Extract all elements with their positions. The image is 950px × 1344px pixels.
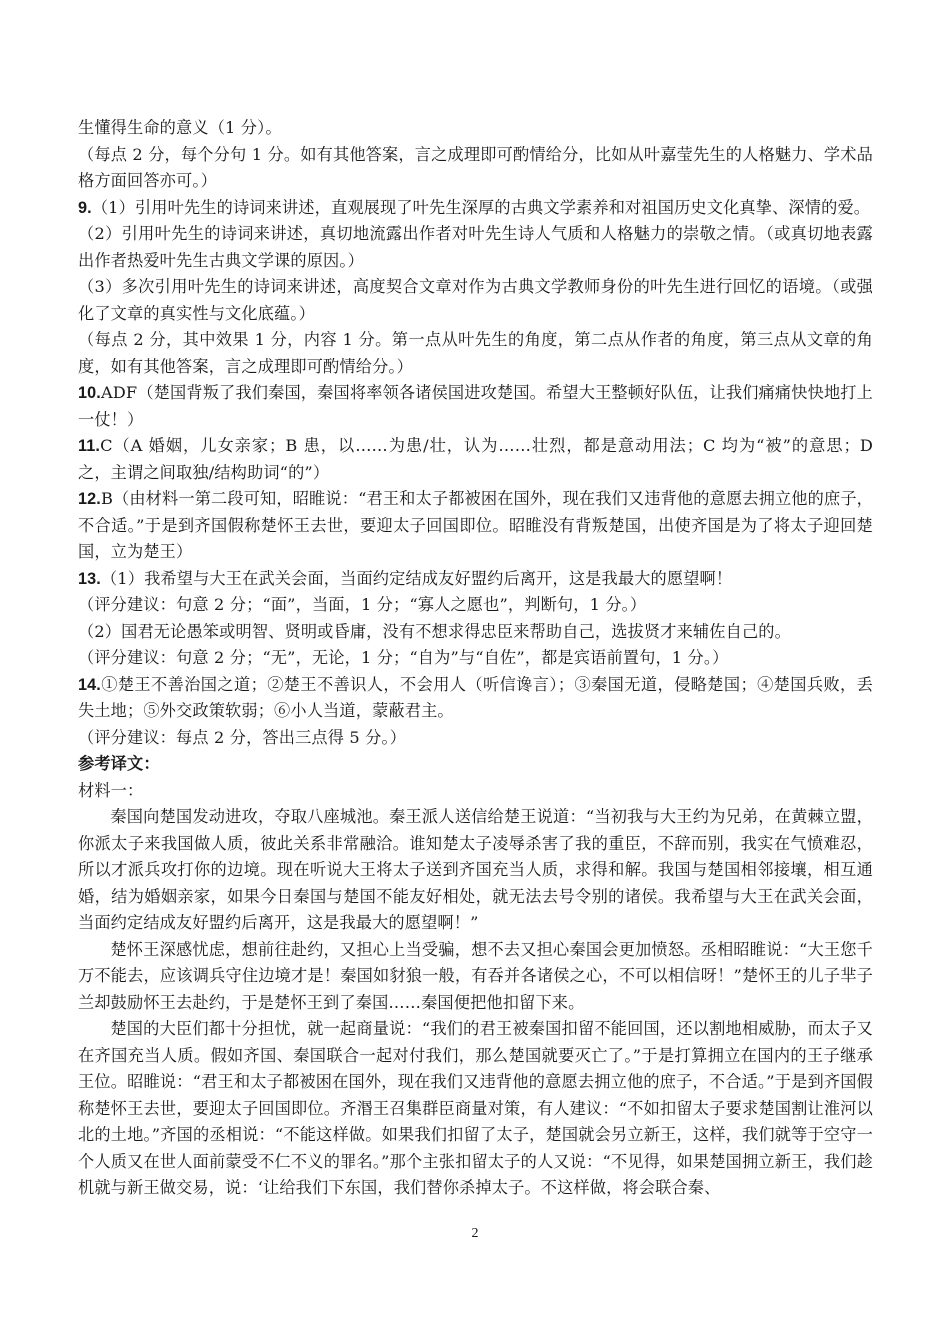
answer-9-point-1: 9.（1）引用叶先生的诗词来讲述，直观展现了叶先生深厚的古典文学素养和对祖国历史…	[78, 195, 873, 222]
answer-13-scoring-1: （评分建议：句意 2 分；“面”，当面，1 分；“寡人之愿也”，判断句，1 分。…	[78, 592, 873, 619]
question-number: 12.	[78, 490, 101, 508]
answer-line-1: 生懂得生命的意义（1 分）。	[78, 115, 873, 142]
answer-9-scoring-note: （每点 2 分，其中效果 1 分，内容 1 分。第一点从叶先生的角度，第二点从作…	[78, 327, 873, 380]
question-number: 14.	[78, 676, 101, 694]
translation-paragraph-2: 楚怀王深感忧虑，想前往赴约，又担心上当受骗，想不去又担心秦国会更加愤怒。丞相昭睢…	[78, 937, 873, 1017]
document-page: 生懂得生命的意义（1 分）。 （每点 2 分，每个分句 1 分。如有其他答案，言…	[78, 115, 873, 1202]
page-number: 2	[0, 1226, 950, 1242]
translation-section-label: 材料一：	[78, 778, 873, 805]
question-number: 10.	[78, 384, 101, 402]
translation-paragraph-1: 秦国向楚国发动进攻，夺取八座城池。秦王派人送信给楚王说道：“当初我与大王约为兄弟…	[78, 804, 873, 937]
question-number: 9.	[78, 199, 92, 217]
question-number: 11.	[78, 437, 100, 455]
translation-paragraph-3: 楚国的大臣们都十分担忧，就一起商量说：“我们的君王被秦国扣留不能回国，还以割地相…	[78, 1016, 873, 1202]
answer-12: 12.B（由材料一第二段可知，昭睢说：“君王和太子都被困在国外，现在我们又违背他…	[78, 486, 873, 566]
answer-13-scoring-2: （评分建议：句意 2 分；“无”，无论，1 分；“自为”与“自佐”，都是宾语前置…	[78, 645, 873, 672]
answer-8-scoring-note: （每点 2 分，每个分句 1 分。如有其他答案，言之成理即可酌情给分，比如从叶嘉…	[78, 142, 873, 195]
question-number: 13.	[78, 570, 101, 588]
answer-13-part-1: 13.（1）我希望与大王在武关会面，当面约定结成友好盟约后离开，这是我最大的愿望…	[78, 566, 873, 593]
answer-9-point-3: （3）多次引用叶先生的诗词来讲述，高度契合文章对作为古典文学教师身份的叶先生进行…	[78, 274, 873, 327]
answer-11: 11.C（A 婚姻，儿女亲家；B 患，以……为患/壮，认为……壮烈，都是意动用法…	[78, 433, 873, 486]
answer-14: 14.①楚王不善治国之道；②楚王不善识人，不会用人（听信谗言）；③秦国无道，侵略…	[78, 672, 873, 725]
answer-10: 10.ADF（楚国背叛了我们秦国，秦国将率领各诸侯国进攻楚国。希望大王整顿好队伍…	[78, 380, 873, 433]
answer-9-point-2: （2）引用叶先生的诗词来讲述，真切地流露出作者对叶先生诗人气质和人格魅力的崇敬之…	[78, 221, 873, 274]
answer-13-part-2: （2）国君无论愚笨或明智、贤明或昏庸，没有不想求得忠臣来帮助自己，选拔贤才来辅佐…	[78, 619, 873, 646]
translation-heading: 参考译文：	[78, 751, 873, 778]
answer-14-scoring: （评分建议：每点 2 分，答出三点得 5 分。）	[78, 725, 873, 752]
